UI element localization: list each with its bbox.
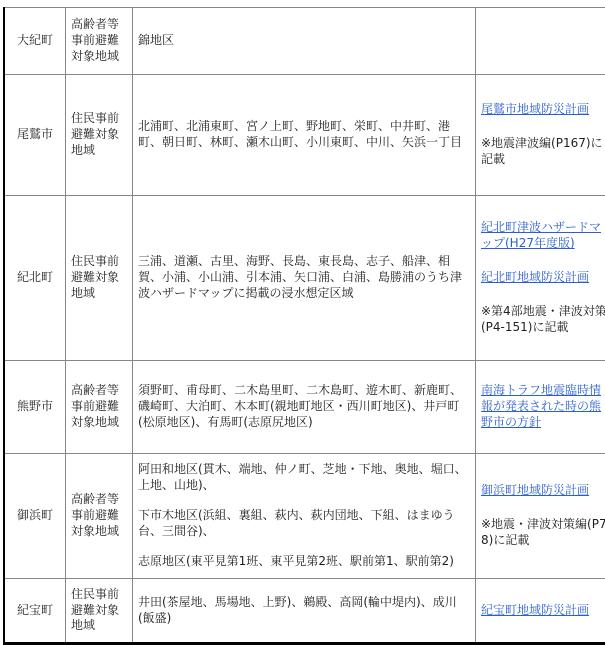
refs-cell: 御浜町地域防災計画 ※地震・津波対策編(P78)に記載: [476, 454, 605, 579]
area-paragraph: 阿田和地区(貫木、端地、仲ノ町、芝地・下地、奥地、堀口、上地、山地)、: [138, 462, 470, 494]
category-cell: 住民事前避難対象地域: [66, 75, 133, 196]
reference-note: ※地震・津波対策編(P78)に記載: [481, 517, 605, 549]
area-paragraph: 三浦、道瀬、古里、海野、長島、東長島、志子、船津、相賀、小浦、小山浦、引本浦、矢…: [138, 254, 470, 301]
category-cell: 高齢者等事前避難対象地域: [66, 361, 133, 454]
area-paragraph: 下市木地区(浜組、裏組、萩内、萩内団地、下組、はまゆう台、三間谷)、: [138, 508, 470, 540]
areas-cell: 阿田和地区(貫木、端地、仲ノ町、芝地・下地、奥地、堀口、上地、山地)、 下市木地…: [133, 454, 476, 579]
table-row: 紀宝町 住民事前避難対象地域 井田(茶屋地、馬場地、上野)、鵜殿、高岡(輪中堤内…: [4, 579, 605, 644]
refs-cell: 尾鷲市地域防災計画 ※地震津波編(P167)に記載: [476, 75, 605, 196]
area-paragraph: 須野町、甫母町、二木島里町、二木島町、遊木町、新鹿町、磯崎町、大泊町、木本町(親…: [138, 383, 470, 430]
area-paragraph: 井田(茶屋地、馬場地、上野)、鵜殿、高岡(輪中堤内)、成川(飯盛): [138, 595, 470, 627]
areas-cell: 井田(茶屋地、馬場地、上野)、鵜殿、高岡(輪中堤内)、成川(飯盛): [133, 579, 476, 644]
evacuation-table-wrapper: 大紀町 高齢者等事前避難対象地域 錦地区 尾鷲市 住民事前避難対象地域 北浦町、…: [0, 0, 605, 645]
table-row: 大紀町 高齢者等事前避難対象地域 錦地区: [4, 8, 605, 75]
municipality-cell: 紀北町: [4, 196, 66, 361]
refs-cell: 紀北町津波ハザードマップ(H27年度版) 紀北町地域防災計画 ※第4部地震・津波…: [476, 196, 605, 361]
municipality-cell: 尾鷲市: [4, 75, 66, 196]
disaster-plan-link[interactable]: 紀宝町地域防災計画: [481, 603, 589, 617]
policy-link[interactable]: 南海トラフ地震臨時情報が発表された時の熊野市の方針: [481, 383, 601, 429]
areas-cell: 三浦、道瀬、古里、海野、長島、東長島、志子、船津、相賀、小浦、小山浦、引本浦、矢…: [133, 196, 476, 361]
category-cell: 高齢者等事前避難対象地域: [66, 454, 133, 579]
areas-cell: 須野町、甫母町、二木島里町、二木島町、遊木町、新鹿町、磯崎町、大泊町、木本町(親…: [133, 361, 476, 454]
table-row: 紀北町 住民事前避難対象地域 三浦、道瀬、古里、海野、長島、東長島、志子、船津、…: [4, 196, 605, 361]
area-paragraph: 志原地区(東平見第1班、東平見第2班、駅前第1、駅前第2): [138, 554, 470, 570]
municipality-cell: 御浜町: [4, 454, 66, 579]
table-row: 熊野市 高齢者等事前避難対象地域 須野町、甫母町、二木島里町、二木島町、遊木町、…: [4, 361, 605, 454]
table-row: 尾鷲市 住民事前避難対象地域 北浦町、北浦東町、宮ノ上町、野地町、栄町、中井町、…: [4, 75, 605, 196]
municipality-cell: 熊野市: [4, 361, 66, 454]
refs-cell: 南海トラフ地震臨時情報が発表された時の熊野市の方針: [476, 361, 605, 454]
reference-note: ※地震津波編(P167)に記載: [481, 136, 605, 168]
category-cell: 高齢者等事前避難対象地域: [66, 8, 133, 75]
disaster-plan-link[interactable]: 尾鷲市地域防災計画: [481, 102, 589, 116]
evacuation-area-table: 大紀町 高齢者等事前避難対象地域 錦地区 尾鷲市 住民事前避難対象地域 北浦町、…: [3, 7, 605, 645]
disaster-plan-link[interactable]: 御浜町地域防災計画: [481, 483, 589, 497]
disaster-plan-link[interactable]: 紀北町地域防災計画: [481, 270, 589, 284]
municipality-cell: 紀宝町: [4, 579, 66, 644]
category-cell: 住民事前避難対象地域: [66, 196, 133, 361]
area-paragraph: 北浦町、北浦東町、宮ノ上町、野地町、栄町、中井町、港町、朝日町、林町、瀬木山町、…: [138, 119, 470, 151]
reference-note: ※第4部地震・津波対策(P4-151)に記載: [481, 304, 605, 336]
areas-cell: 錦地区: [133, 8, 476, 75]
category-cell: 住民事前避難対象地域: [66, 579, 133, 644]
refs-cell: [476, 8, 605, 75]
area-paragraph: 錦地区: [138, 33, 470, 49]
municipality-cell: 大紀町: [4, 8, 66, 75]
table-row: 御浜町 高齢者等事前避難対象地域 阿田和地区(貫木、端地、仲ノ町、芝地・下地、奥…: [4, 454, 605, 579]
hazard-map-link[interactable]: 紀北町津波ハザードマップ(H27年度版): [481, 220, 601, 250]
refs-cell: 紀宝町地域防災計画: [476, 579, 605, 644]
areas-cell: 北浦町、北浦東町、宮ノ上町、野地町、栄町、中井町、港町、朝日町、林町、瀬木山町、…: [133, 75, 476, 196]
